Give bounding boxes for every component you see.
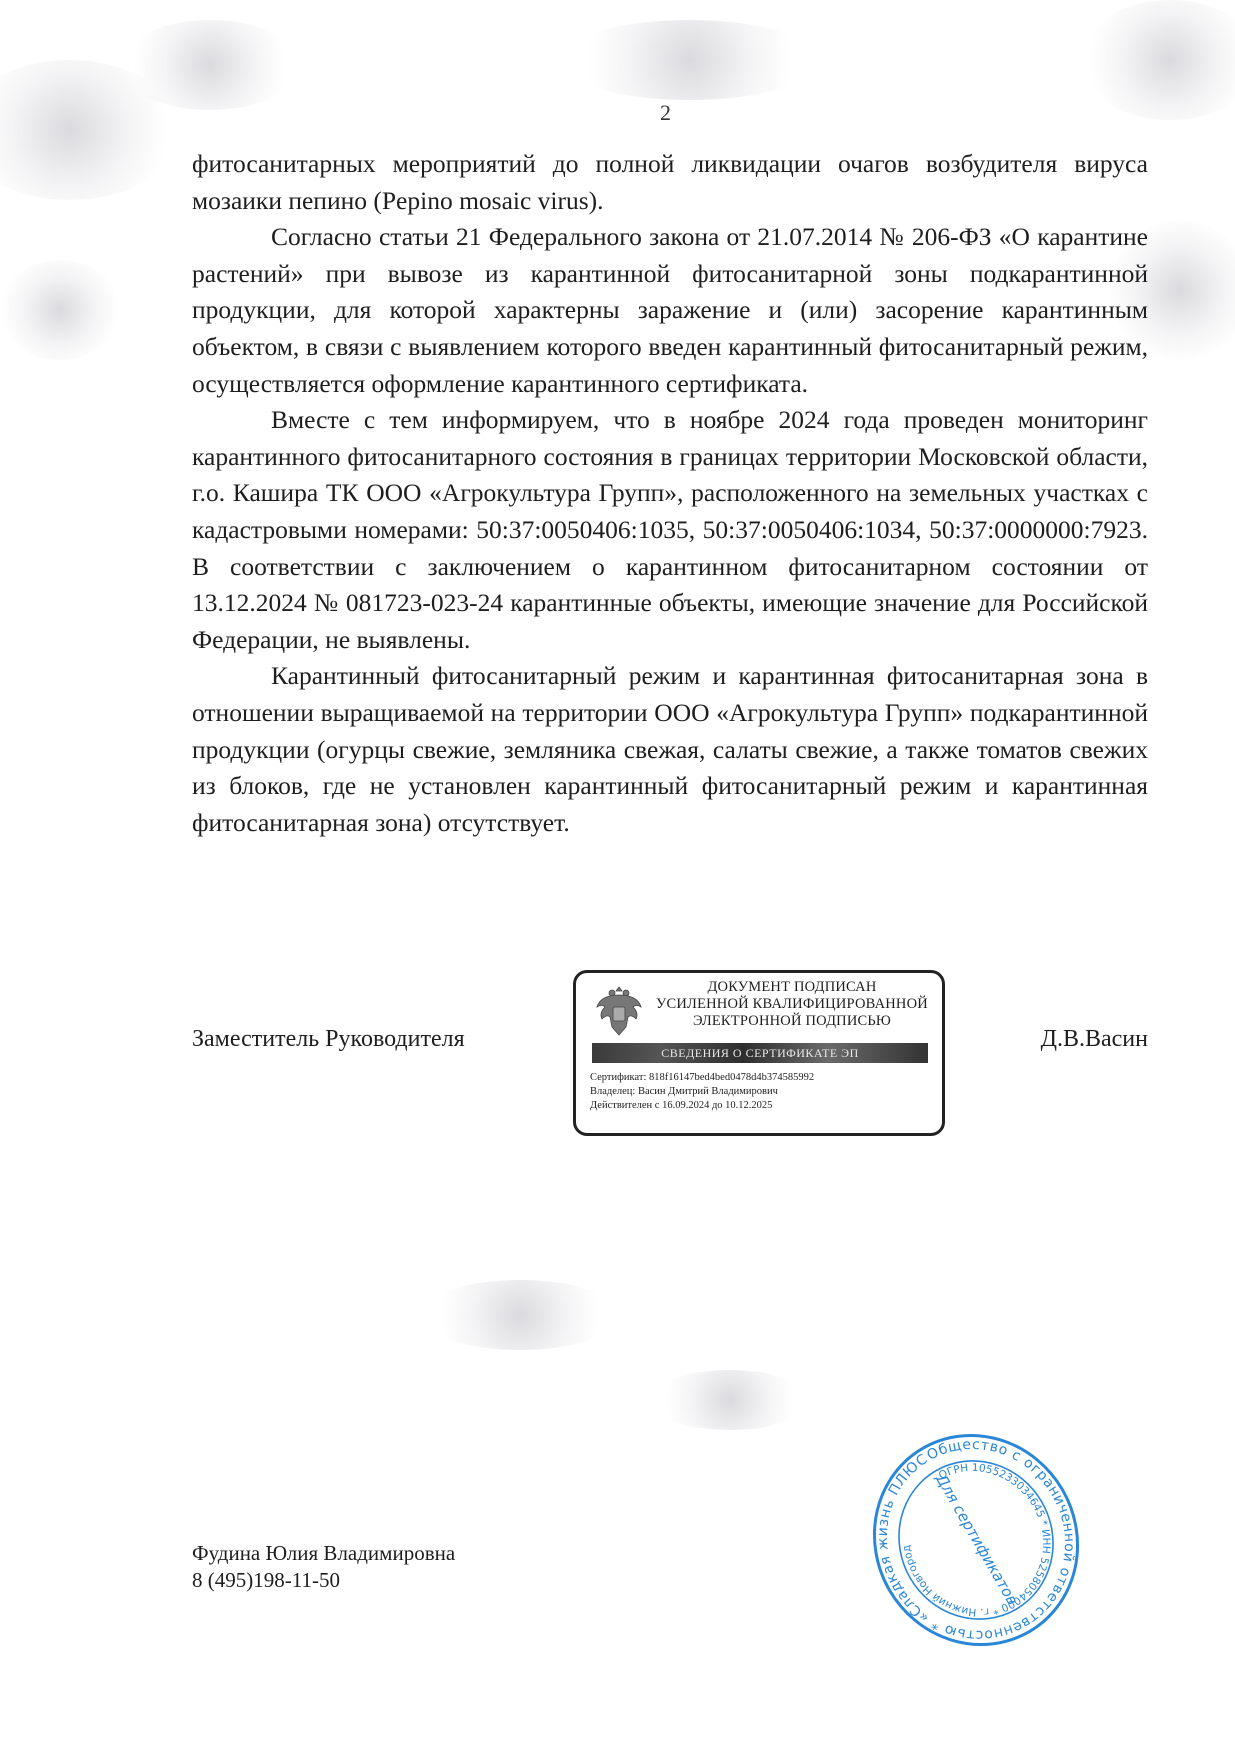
esign-header-line: УСИЛЕННОЙ КВАЛИФИЦИРОВАННОЙ [652, 996, 932, 1013]
paragraph-continuation: фитосанитарных мероприятий до полной лик… [192, 146, 1148, 219]
certificate-owner: Владелец: Васин Дмитрий Владимирович [590, 1085, 814, 1099]
scan-noise [650, 1370, 810, 1430]
certificate-validity: Действителен с 16.09.2024 до 10.12.2025 [590, 1099, 814, 1113]
scan-noise [0, 60, 180, 200]
scan-noise [560, 20, 820, 100]
scan-noise [1080, 0, 1235, 120]
esign-header: ДОКУМЕНТ ПОДПИСАН УСИЛЕННОЙ КВАЛИФИЦИРОВ… [652, 979, 932, 1030]
company-stamp: Общество с ограниченной ответственностью… [862, 1432, 1090, 1648]
signatory-position: Заместитель Руководителя [192, 1026, 465, 1053]
scan-noise [120, 20, 300, 110]
certificate-info-bar: СВЕДЕНИЯ О СЕРТИФИКАТЕ ЭП [592, 1043, 928, 1063]
contact-info: Фудина Юлия Владимировна 8 (495)198-11-5… [192, 1540, 455, 1594]
paragraph-conclusion: Карантинный фитосанитарный режим и каран… [192, 658, 1148, 841]
esign-header-line: ДОКУМЕНТ ПОДПИСАН [652, 979, 932, 996]
paragraph-law-reference: Согласно статьи 21 Федерального закона о… [192, 219, 1148, 402]
electronic-signature-block: ДОКУМЕНТ ПОДПИСАН УСИЛЕННОЙ КВАЛИФИЦИРОВ… [573, 970, 945, 1136]
certificate-details: Сертификат: 818f16147bed4bed0478d4b37458… [590, 1071, 814, 1113]
signatory-name: Д.В.Васин [1041, 1026, 1148, 1053]
stamp-center-text: Для сертификатов [932, 1470, 1022, 1608]
page-number: 2 [660, 100, 671, 126]
esign-header-line: ЭЛЕКТРОННОЙ ПОДПИСЬЮ [652, 1013, 932, 1030]
letter-body: фитосанитарных мероприятий до полной лик… [192, 146, 1148, 841]
contact-name: Фудина Юлия Владимировна [192, 1540, 455, 1567]
russian-coat-of-arms-icon [594, 983, 644, 1039]
certificate-number: Сертификат: 818f16147bed4bed0478d4b37458… [590, 1071, 814, 1085]
scan-noise [0, 260, 120, 360]
contact-phone: 8 (495)198-11-50 [192, 1567, 455, 1594]
scan-noise [420, 1280, 620, 1350]
paragraph-monitoring: Вместе с тем информируем, что в ноябре 2… [192, 402, 1148, 658]
